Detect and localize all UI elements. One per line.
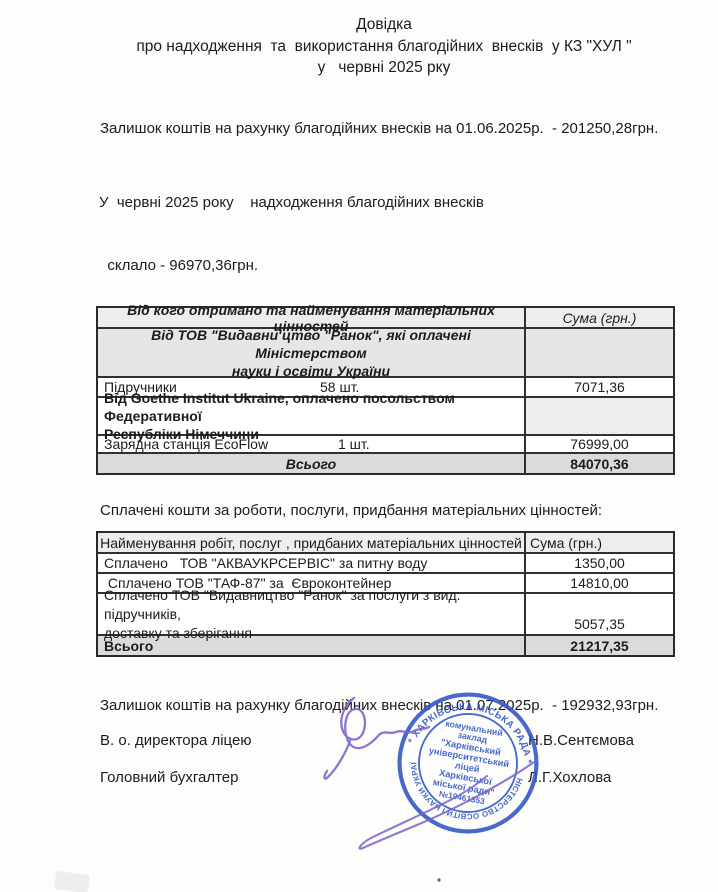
scan-speck — [437, 878, 440, 881]
director-title: В. о. директора ліцею — [100, 730, 252, 751]
gifts-total-row: Всього 84070,36 — [98, 452, 673, 473]
gifts-group-goethe-cell: Від Goethe Institut Ukraine, оплачено по… — [98, 398, 524, 434]
spent-total-label: Всього — [98, 636, 524, 655]
gifts-group-ranok-line-1: Від ТОВ "Видавни цтво "Ранок", які оплач… — [98, 326, 524, 362]
gifts-item-ecoflow-sum: 76999,00 — [524, 436, 673, 452]
gifts-item-ecoflow-cell: Зарядна станція EcoFlow 1 шт. — [98, 436, 524, 452]
gifts-item-ecoflow-row: Зарядна станція EcoFlow 1 шт. 76999,00 — [98, 434, 673, 452]
spent-row-ranok: Сплачено ТОВ "Видавництво "Ранок" за пос… — [98, 592, 673, 634]
spent-intro: Сплачені кошти за роботи, послуги, придб… — [100, 500, 602, 521]
spent-row-container-sum: 14810,00 — [524, 574, 673, 592]
gifts-group-goethe-line-1: Від Goethe Institut Ukraine, оплачено по… — [104, 389, 524, 425]
spent-row-ranok-cell: Сплачено ТОВ "Видавництво "Ранок" за пос… — [98, 594, 524, 634]
spent-total-sum: 21217,35 — [524, 636, 673, 655]
gifts-item-ecoflow-qty: 1 шт. — [338, 436, 370, 452]
stamp-group: * ХАРКІВСЬКА МІСЬКА РАДА * МІНІСТЕРСТВО … — [394, 689, 542, 837]
income-line-1: У червні 2025 року надходження благодійн… — [99, 192, 665, 213]
gifts-total-sum: 84070,36 — [524, 454, 673, 473]
spent-header-sum: Сума (грн.) — [524, 533, 673, 552]
spent-total-row: Всього 21217,35 — [98, 634, 673, 655]
spent-row-water: Сплачено ТОВ "АКВАУКРСЕРВІС" за питну во… — [98, 552, 673, 572]
scan-corner-shade — [54, 871, 90, 892]
gifts-group-ranok-cell: Від ТОВ "Видавни цтво "Ранок", які оплач… — [98, 329, 524, 376]
title-line-1: Довідка — [50, 14, 718, 36]
closing-balance-line: Залишок коштів на рахунку благодійних вн… — [100, 695, 658, 716]
gifts-group-ranok-row: Від ТОВ "Видавни цтво "Ранок", які оплач… — [98, 327, 673, 376]
spent-row-ranok-sum: 5057,35 — [524, 594, 673, 634]
gifts-group-ranok-line-2: науки і освіти України — [232, 362, 390, 380]
gifts-item-textbooks-sum: 7071,36 — [524, 378, 673, 396]
spent-header-name: Найменування робіт, послуг , придбаних м… — [98, 533, 524, 552]
spent-row-water-name: Сплачено ТОВ "АКВАУКРСЕРВІС" за питну во… — [98, 554, 524, 572]
gifts-header-sum: Сума (грн.) — [524, 308, 673, 327]
document-title: Довідка про надходження та використання … — [50, 14, 718, 79]
gifts-group-ranok-sum-cell — [524, 329, 673, 376]
gifts-table-header-row: Від кого отримано та найменування матері… — [98, 308, 673, 327]
title-line-3: у червні 2025 рку — [50, 57, 718, 79]
spent-row-water-sum: 1350,00 — [524, 554, 673, 572]
gifts-item-ecoflow-name: Зарядна станція EcoFlow — [104, 436, 268, 452]
title-line-2: про надходження та використання благодій… — [50, 36, 718, 58]
opening-balance-line: Залишок коштів на рахунку благодійних вн… — [100, 118, 658, 139]
gifts-header-source: Від кого отримано та найменування матері… — [98, 308, 524, 327]
scanned-document: Довідка про надходження та використання … — [0, 0, 718, 892]
official-stamp: * ХАРКІВСЬКА МІСЬКА РАДА * МІНІСТЕРСТВО … — [394, 689, 542, 837]
spent-table: Найменування робіт, послуг , придбаних м… — [96, 531, 675, 657]
gifts-group-goethe-row: Від Goethe Institut Ukraine, оплачено по… — [98, 396, 673, 434]
director-name: Н.В.Сентємова — [528, 730, 634, 751]
spent-table-header-row: Найменування робіт, послуг , придбаних м… — [98, 533, 673, 552]
gifts-table: Від кого отримано та найменування матері… — [96, 306, 675, 475]
accountant-title: Головний бухгалтер — [100, 767, 238, 788]
gifts-group-goethe-sum-cell — [524, 398, 673, 434]
spent-row-ranok-line-1: Сплачено ТОВ "Видавництво "Ранок" за пос… — [104, 586, 524, 624]
gifts-total-label: Всього — [98, 454, 524, 473]
